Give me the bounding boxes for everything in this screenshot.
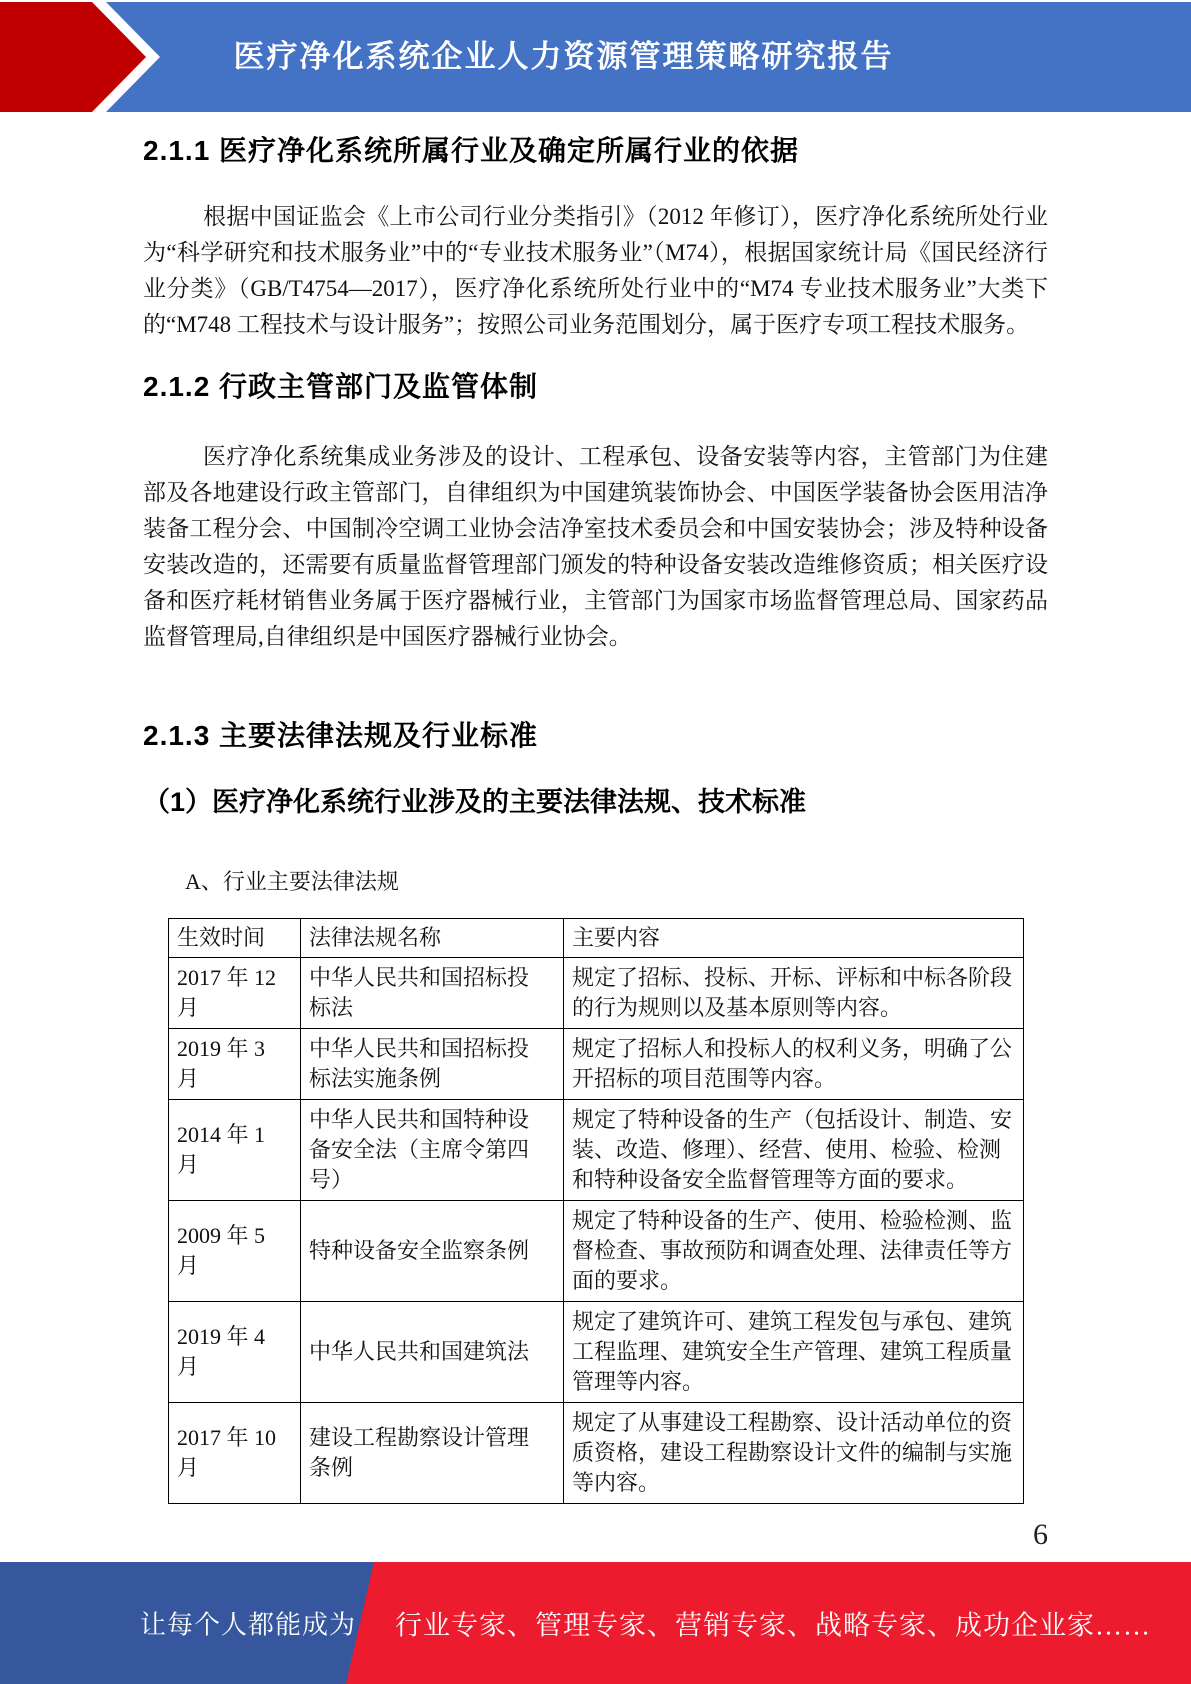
report-title: 医疗净化系统企业人力资源管理策略研究报告 xyxy=(0,2,1191,112)
section-paragraph-2-1-1: 根据中国证监会《上市公司行业分类指引》（2012 年修订），医疗净化系统所处行业… xyxy=(143,199,1048,343)
footer-slogan-right: 行业专家、管理专家、营销专家、战略专家、成功企业家…… xyxy=(395,1604,1151,1643)
table-row: 2014 年 1 月 中华人民共和国特种设 备安全法（主席令第四 号） 规定了特… xyxy=(169,1100,1024,1201)
cell-date: 2014 年 1 月 xyxy=(169,1100,301,1201)
cell-law-name: 中华人民共和国招标投 标法 xyxy=(301,958,564,1029)
footer-banner: 让每个人都能成为 行业专家、管理专家、营销专家、战略专家、成功企业家…… xyxy=(0,1562,1191,1684)
document-page: 医疗净化系统企业人力资源管理策略研究报告 2.1.1 医疗净化系统所属行业及确定… xyxy=(0,0,1191,1684)
footer-slogan-left: 让每个人都能成为 xyxy=(140,1605,356,1642)
list-label-a: A、行业主要法律法规 xyxy=(185,868,1048,896)
cell-law-content: 规定了特种设备的生产、使用、检验检测、监 督检查、事故预防和调查处理、法律责任等… xyxy=(564,1201,1024,1302)
cell-law-content: 规定了建筑许可、建筑工程发包与承包、建筑 工程监理、建筑安全生产管理、建筑工程质… xyxy=(564,1302,1024,1403)
cell-date: 2019 年 4 月 xyxy=(169,1302,301,1403)
cell-law-content: 规定了招标、投标、开标、评标和中标各阶段 的行为规则以及基本原则等内容。 xyxy=(564,958,1024,1029)
section-heading-2-1-2: 2.1.2 行政主管部门及监管体制 xyxy=(143,371,1048,403)
table-row: 2019 年 3 月 中华人民共和国招标投 标法实施条例 规定了招标人和投标人的… xyxy=(169,1029,1024,1100)
cell-law-content: 规定了从事建设工程勘察、设计活动单位的资 质资格，建设工程勘察设计文件的编制与实… xyxy=(564,1403,1024,1504)
cell-date: 2019 年 3 月 xyxy=(169,1029,301,1100)
section-paragraph-2-1-2: 医疗净化系统集成业务涉及的设计、工程承包、设备安装等内容，主管部门为住建部及各地… xyxy=(143,439,1048,655)
cell-date: 2017 年 10 月 xyxy=(169,1403,301,1504)
page-number: 6 xyxy=(143,1518,1048,1552)
cell-law-name: 中华人民共和国招标投 标法实施条例 xyxy=(301,1029,564,1100)
column-header-date: 生效时间 xyxy=(169,919,301,958)
subsection-heading-1: （1）医疗净化系统行业涉及的主要法律法规、技术标准 xyxy=(143,786,1048,818)
column-header-content: 主要内容 xyxy=(564,919,1024,958)
laws-table: 生效时间 法律法规名称 主要内容 2017 年 12 月 中华人民共和国招标投 … xyxy=(168,918,1024,1504)
column-header-name: 法律法规名称 xyxy=(301,919,564,958)
cell-law-name: 建设工程勘察设计管理 条例 xyxy=(301,1403,564,1504)
cell-law-name: 特种设备安全监察条例 xyxy=(301,1201,564,1302)
cell-law-name: 中华人民共和国建筑法 xyxy=(301,1302,564,1403)
table-row: 2017 年 10 月 建设工程勘察设计管理 条例 规定了从事建设工程勘察、设计… xyxy=(169,1403,1024,1504)
page-content: 2.1.1 医疗净化系统所属行业及确定所属行业的依据 根据中国证监会《上市公司行… xyxy=(143,112,1048,1552)
table-row: 2017 年 12 月 中华人民共和国招标投 标法 规定了招标、投标、开标、评标… xyxy=(169,958,1024,1029)
cell-date: 2009 年 5 月 xyxy=(169,1201,301,1302)
section-heading-2-1-1: 2.1.1 医疗净化系统所属行业及确定所属行业的依据 xyxy=(143,135,1048,167)
table-header-row: 生效时间 法律法规名称 主要内容 xyxy=(169,919,1024,958)
report-header-banner: 医疗净化系统企业人力资源管理策略研究报告 xyxy=(0,2,1191,112)
cell-law-content: 规定了招标人和投标人的权利义务，明确了公 开招标的项目范围等内容。 xyxy=(564,1029,1024,1100)
table-row: 2019 年 4 月 中华人民共和国建筑法 规定了建筑许可、建筑工程发包与承包、… xyxy=(169,1302,1024,1403)
cell-law-name: 中华人民共和国特种设 备安全法（主席令第四 号） xyxy=(301,1100,564,1201)
cell-date: 2017 年 12 月 xyxy=(169,958,301,1029)
cell-law-content: 规定了特种设备的生产（包括设计、制造、安 装、改造、修理）、经营、使用、检验、检… xyxy=(564,1100,1024,1201)
section-heading-2-1-3: 2.1.3 主要法律法规及行业标准 xyxy=(143,720,1048,752)
table-row: 2009 年 5 月 特种设备安全监察条例 规定了特种设备的生产、使用、检验检测… xyxy=(169,1201,1024,1302)
